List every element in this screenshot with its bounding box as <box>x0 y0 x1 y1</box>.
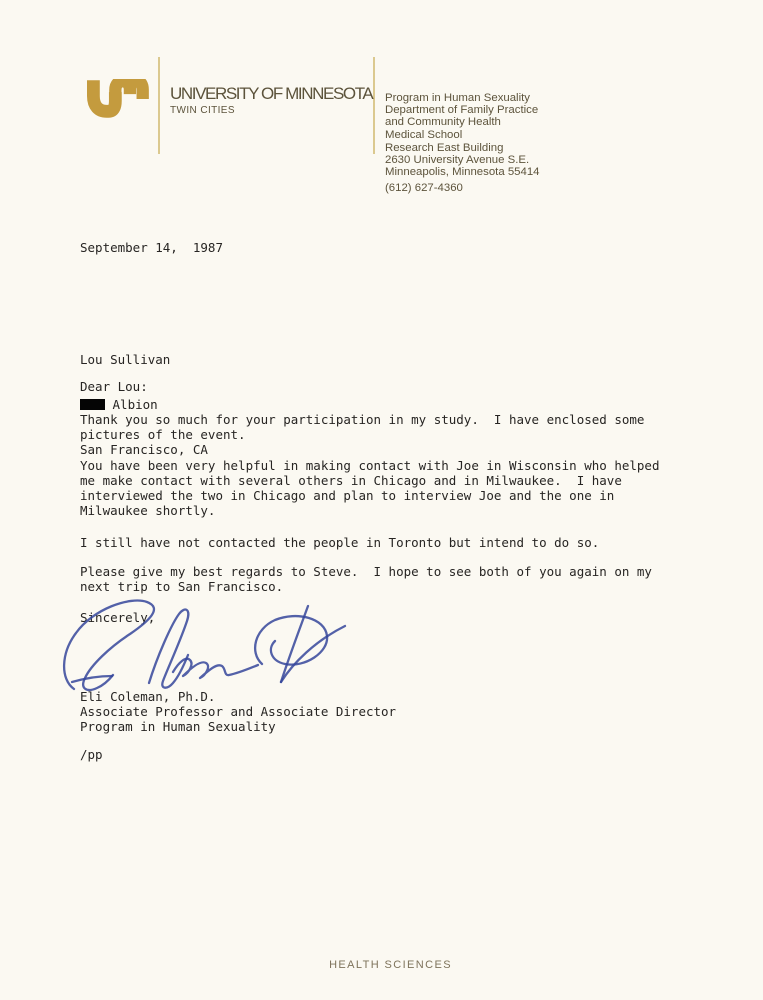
letterhead-divider-right <box>373 57 375 154</box>
street-suffix: Albion <box>105 397 158 412</box>
building-address-lines: Research East Building 2630 University A… <box>385 142 540 179</box>
health-sciences-footer: HEALTH SCIENCES <box>9 959 763 971</box>
redaction-box <box>80 399 105 410</box>
paragraph-2: You have been very helpful in making con… <box>80 458 659 518</box>
recipient-city: San Francisco, CA <box>80 442 208 457</box>
signature-ink <box>52 593 356 701</box>
phone-number: (612) 627-4360 <box>385 182 463 194</box>
paragraph-1: Thank you so much for your participation… <box>80 412 644 442</box>
um-monogram-icon <box>87 79 149 119</box>
scanned-letter-page: UNIVERSITY OF MINNESOTA TWIN CITIES Prog… <box>0 0 763 1000</box>
recipient-name: Lou Sullivan <box>80 352 208 367</box>
letterhead-divider-left <box>158 57 160 154</box>
department-lines: Program in Human Sexuality Department of… <box>385 92 538 141</box>
university-name: UNIVERSITY OF MINNESOTA <box>170 84 372 104</box>
letter-date: September 14, 1987 <box>80 240 223 255</box>
signer-identity: Eli Coleman, Ph.D. Associate Professor a… <box>80 689 396 734</box>
campus-name: TWIN CITIES <box>170 105 235 116</box>
typist-initials: /pp <box>80 747 103 762</box>
paragraph-3: I still have not contacted the people in… <box>80 535 599 550</box>
recipient-street: Albion <box>80 397 208 412</box>
paragraph-4: Please give my best regards to Steve. I … <box>80 564 652 594</box>
salutation: Dear Lou: <box>80 379 148 394</box>
